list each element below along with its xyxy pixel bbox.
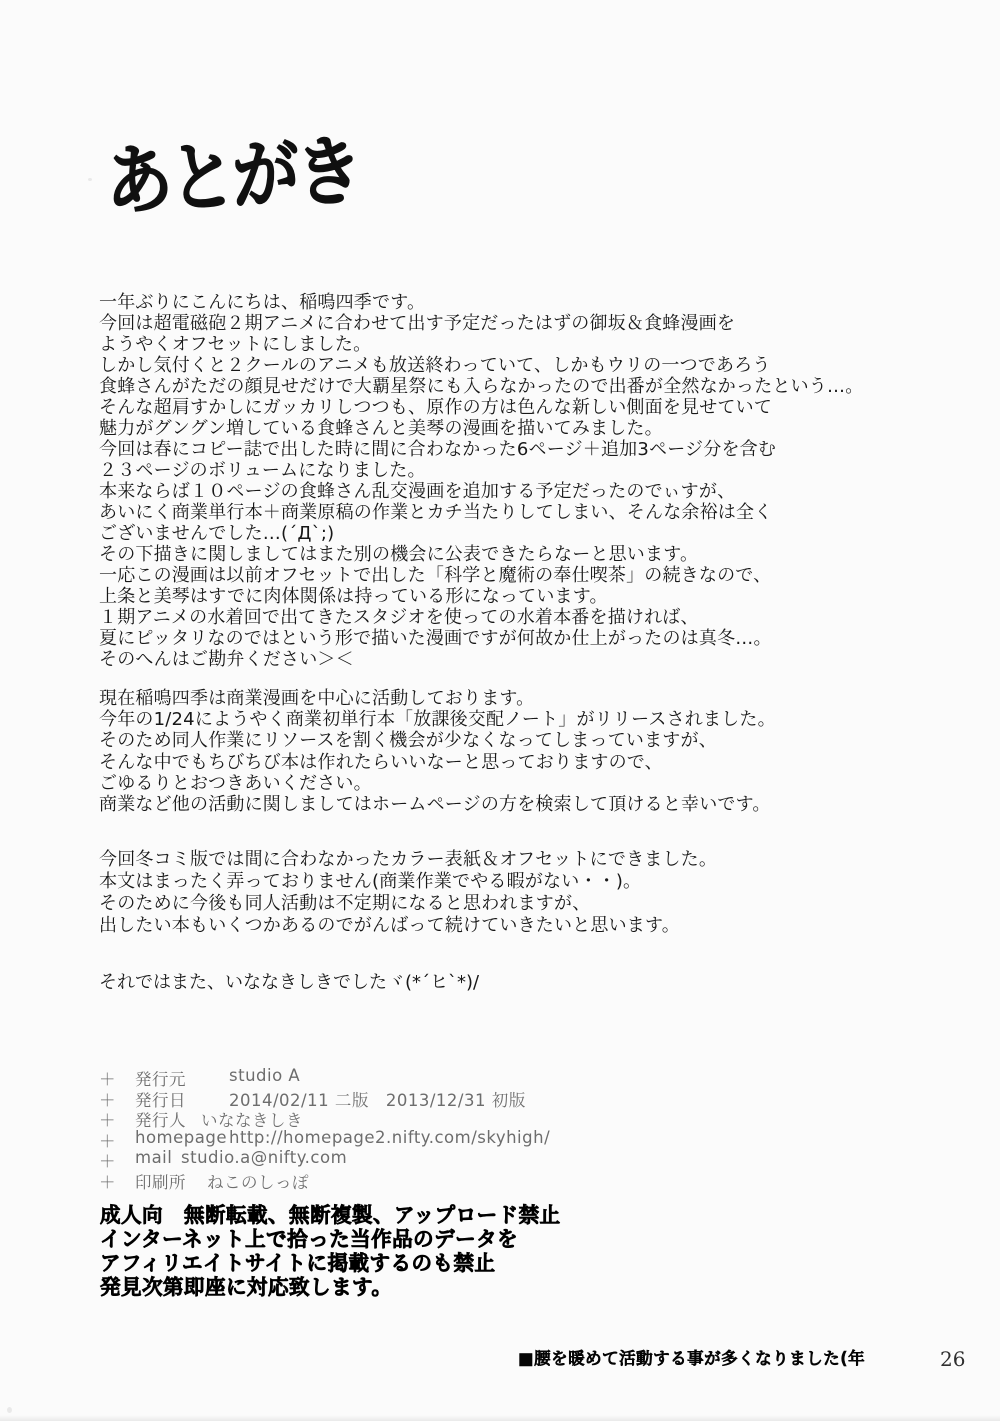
scan-speck xyxy=(7,1407,12,1413)
colophon-row-publisher: ＋ 発行元 studio A xyxy=(99,1066,550,1087)
colophon-value: 2014/02/11 二版 2013/12/31 初版 xyxy=(229,1087,526,1108)
plus-bullet-icon: ＋ xyxy=(99,1107,135,1128)
colophon-value: ねこのしっぽ xyxy=(207,1169,309,1190)
plus-bullet-icon: ＋ xyxy=(99,1087,135,1108)
plus-bullet-icon: ＋ xyxy=(99,1169,135,1190)
page-title: あとがき xyxy=(103,110,361,230)
scan-edge-shadow xyxy=(0,1415,1000,1421)
afterword-paragraph-1: 一年ぶりにこんにちは、稲鳴四季です。 今回は超電磁砲２期アニメに合わせて出す予定… xyxy=(99,292,863,670)
plus-bullet-icon: ＋ xyxy=(99,1128,135,1149)
colophon-label: mail xyxy=(135,1148,181,1169)
colophon-row-printer: ＋ 印刷所 ねこのしっぽ xyxy=(99,1169,550,1190)
colophon-label: 発行日 xyxy=(135,1087,229,1108)
plus-bullet-icon: ＋ xyxy=(99,1148,135,1169)
scanned-afterword-page: { "page": { "title": "あとがき", "page_numbe… xyxy=(0,0,1000,1421)
colophon-value: いななきしき xyxy=(201,1107,303,1128)
colophon-label: homepage xyxy=(135,1128,229,1149)
mail-address-text: studio.a@nifty.com xyxy=(181,1148,347,1169)
afterword-paragraph-2: 現在稲鳴四季は商業漫画を中心に活動しております。 今年の1/24にようやく商業初… xyxy=(99,688,776,815)
colophon-row-homepage: ＋ homepage http://homepage2.nifty.com/sk… xyxy=(99,1128,550,1149)
colophon-row-mail: ＋ mail studio.a@nifty.com xyxy=(99,1148,550,1169)
page-number: 26 xyxy=(940,1347,965,1371)
colophon-value: studio A xyxy=(229,1066,300,1087)
adult-content-warning: 成人向 無断転載、無断複製、アップロード禁止 インターネット上で拾った当作品のデ… xyxy=(100,1203,561,1299)
scan-speck xyxy=(88,178,92,181)
footer-comment-fragment: ■腰を暖めて活動する事が多くなりました(年 xyxy=(518,1345,865,1369)
colophon-label: 発行元 xyxy=(135,1066,229,1087)
signoff-line: それではまた、いななきしきでしたヾ(*´ヒ`*)/ xyxy=(99,968,479,994)
homepage-url-text: http://homepage2.nifty.com/skyhigh/ xyxy=(229,1128,550,1149)
colophon-row-publish-date: ＋ 発行日 2014/02/11 二版 2013/12/31 初版 xyxy=(99,1087,550,1108)
plus-bullet-icon: ＋ xyxy=(99,1066,135,1087)
afterword-paragraph-3: 今回冬コミ版では間に合わなかったカラー表紙＆オフセットにできました。 本文はまっ… xyxy=(99,849,717,937)
colophon: ＋ 発行元 studio A ＋ 発行日 2014/02/11 二版 2013/… xyxy=(99,1066,550,1190)
colophon-label: 発行人 xyxy=(135,1107,201,1128)
colophon-label: 印刷所 xyxy=(135,1169,207,1190)
colophon-row-author: ＋ 発行人 いななきしき xyxy=(99,1107,550,1128)
